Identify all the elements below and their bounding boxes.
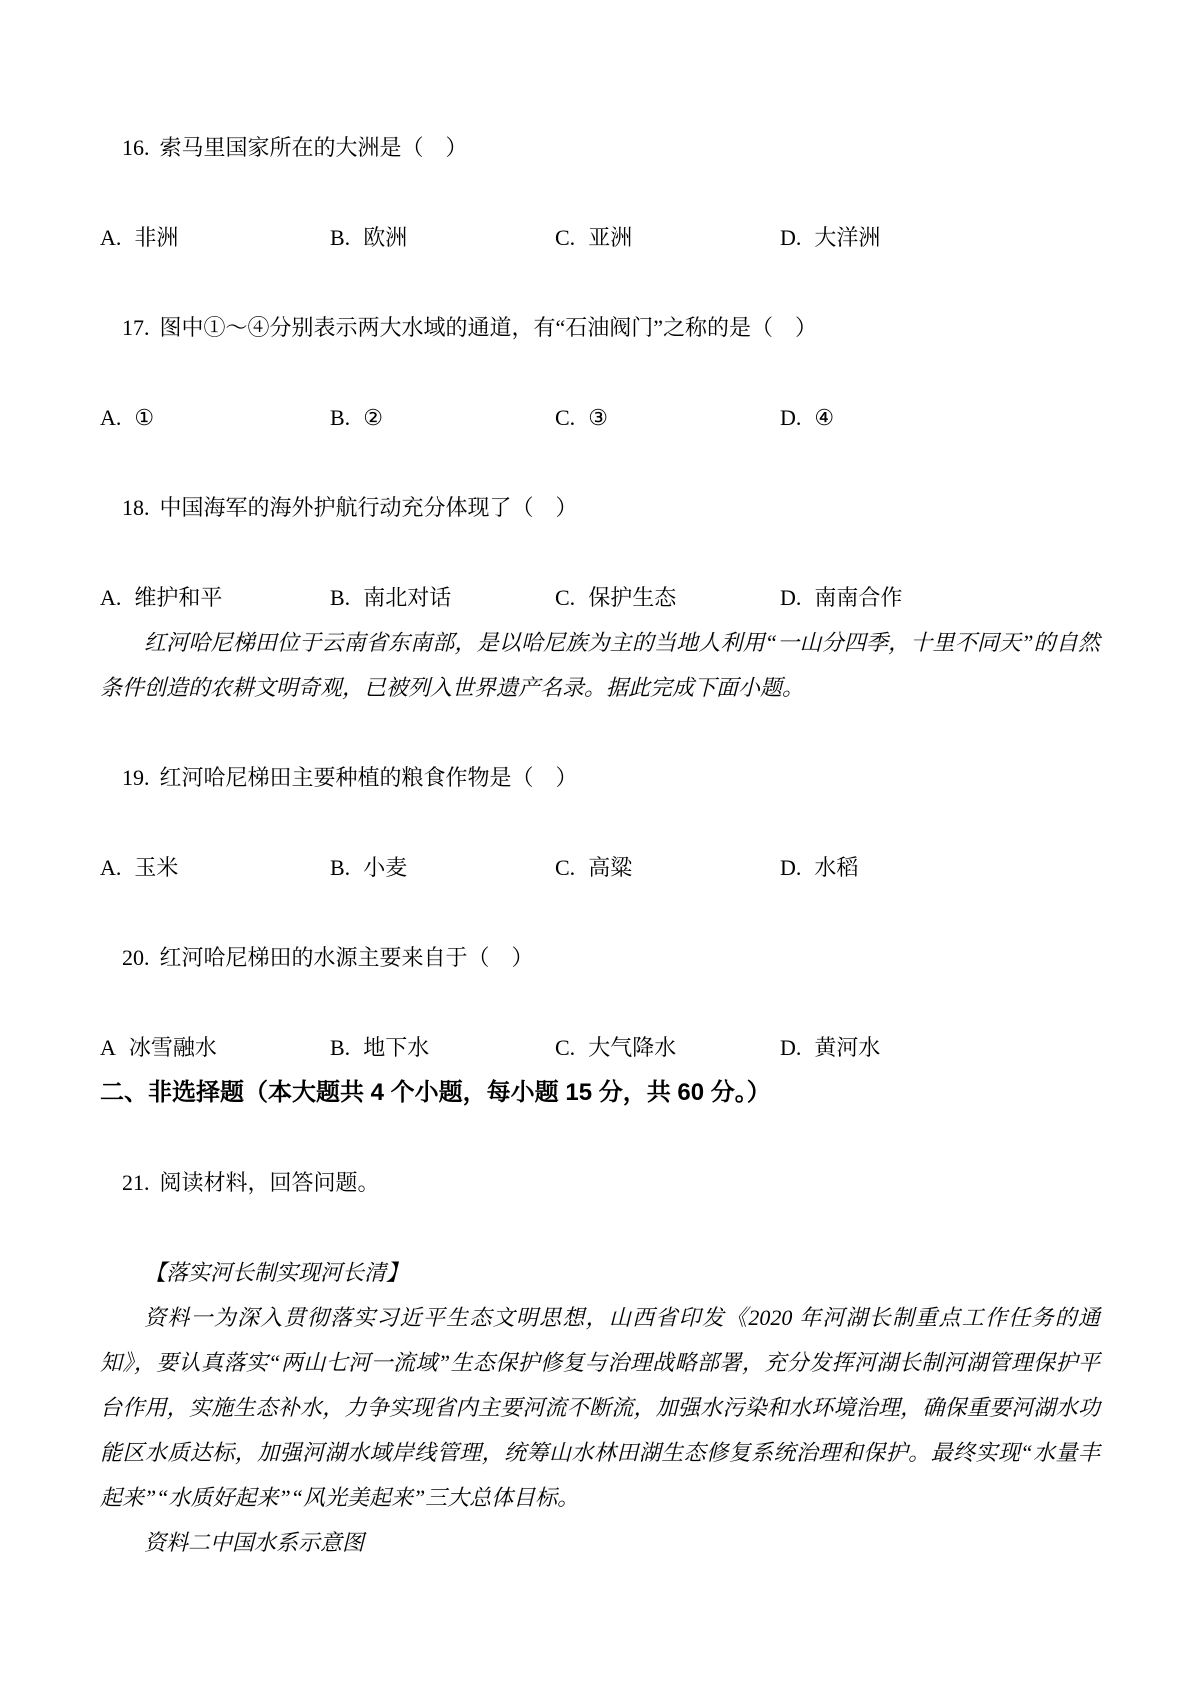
- question-19-options: A.玉米 B.小麦 C.高粱 D.水稻: [100, 845, 1100, 890]
- option-text: 冰雪融水: [129, 1035, 217, 1060]
- option-text: 黄河水: [814, 1035, 880, 1060]
- question-16-stem: 索马里国家所在的大洲是（ ）: [160, 135, 468, 160]
- exam-document-page: 16.索马里国家所在的大洲是（ ） A.非洲 B.欧洲 C.亚洲 D.大洋洲 1…: [0, 0, 1200, 1698]
- question-17-option-a: A.①: [100, 395, 330, 440]
- question-18-option-c: C.保护生态: [555, 575, 780, 620]
- option-text: 大气降水: [588, 1035, 676, 1060]
- question-18-option-d: D.南南合作: [780, 575, 1100, 620]
- question-20-options: A冰雪融水 B.地下水 C.大气降水 D.黄河水: [100, 1025, 1100, 1070]
- option-label: B.: [330, 225, 350, 250]
- question-21-intro: 阅读材料，回答问题。: [160, 1170, 380, 1195]
- reading-passage-hani-terraces: 红河哈尼梯田位于云南省东南部，是以哈尼族为主的当地人利用“一山分四季，十里不同天…: [100, 620, 1100, 710]
- question-16-option-b: B.欧洲: [330, 215, 555, 260]
- question-16-option-d: D.大洋洲: [780, 215, 1100, 260]
- question-16-options: A.非洲 B.欧洲 C.亚洲 D.大洋洲: [100, 215, 1100, 260]
- question-17-options: A.① B.② C.③ D.④: [100, 395, 1100, 440]
- option-label: D.: [780, 855, 801, 880]
- question-20-number: 20.: [122, 945, 150, 970]
- option-label: B.: [330, 585, 350, 610]
- option-label: C.: [555, 405, 575, 430]
- option-text: 玉米: [134, 855, 178, 880]
- option-label: C.: [555, 1035, 575, 1060]
- option-text: ③: [588, 405, 608, 430]
- option-text: 大洋洲: [814, 225, 880, 250]
- question-21: 21.阅读材料，回答问题。: [100, 1115, 1100, 1250]
- question-17-option-b: B.②: [330, 395, 555, 440]
- option-text: 南南合作: [814, 585, 902, 610]
- section-2-header: 二、非选择题（本大题共 4 个小题，每小题 15 分，共 60 分。）: [100, 1070, 1100, 1115]
- question-19-option-b: B.小麦: [330, 845, 555, 890]
- option-text: ②: [363, 405, 383, 430]
- question-17-stem: 图中①～④分别表示两大水域的通道，有“石油阀门”之称的是（ ）: [160, 315, 818, 340]
- question-16-option-c: C.亚洲: [555, 215, 780, 260]
- option-label: B.: [330, 405, 350, 430]
- option-label: A.: [100, 405, 121, 430]
- option-label: A.: [100, 585, 121, 610]
- question-19: 19.红河哈尼梯田主要种植的粮食作物是（ ）: [100, 710, 1100, 845]
- option-text: 非洲: [134, 225, 178, 250]
- question-19-option-c: C.高粱: [555, 845, 780, 890]
- option-label: C.: [555, 855, 575, 880]
- option-label: B.: [330, 1035, 350, 1060]
- question-16: 16.索马里国家所在的大洲是（ ）: [100, 80, 1100, 215]
- question-18-options: A.维护和平 B.南北对话 C.保护生态 D.南南合作: [100, 575, 1100, 620]
- question-20-option-d: D.黄河水: [780, 1025, 1100, 1070]
- material-one-paragraph: 资料一为深入贯彻落实习近平生态文明思想，山西省印发《2020 年河湖长制重点工作…: [100, 1295, 1100, 1520]
- question-18-number: 18.: [122, 495, 150, 520]
- question-21-number: 21.: [122, 1170, 150, 1195]
- option-text: 维护和平: [134, 585, 222, 610]
- question-18: 18.中国海军的海外护航行动充分体现了（ ）: [100, 440, 1100, 575]
- question-20-option-b: B.地下水: [330, 1025, 555, 1070]
- question-20-stem: 红河哈尼梯田的水源主要来自于（ ）: [160, 945, 534, 970]
- question-16-number: 16.: [122, 135, 150, 160]
- question-20-option-a: A冰雪融水: [100, 1025, 330, 1070]
- option-label: A.: [100, 225, 121, 250]
- question-18-stem: 中国海军的海外护航行动充分体现了（ ）: [160, 495, 578, 520]
- question-20-option-c: C.大气降水: [555, 1025, 780, 1070]
- question-17-option-d: D.④: [780, 395, 1100, 440]
- option-text: 南北对话: [363, 585, 451, 610]
- option-text: 亚洲: [588, 225, 632, 250]
- option-label: D.: [780, 225, 801, 250]
- question-19-stem: 红河哈尼梯田主要种植的粮食作物是（ ）: [160, 765, 578, 790]
- question-18-option-b: B.南北对话: [330, 575, 555, 620]
- question-17: 17.图中①～④分别表示两大水域的通道，有“石油阀门”之称的是（ ）: [100, 260, 1100, 395]
- option-label: D.: [780, 1035, 801, 1060]
- option-text: 水稻: [814, 855, 858, 880]
- material-title-bracket: 【落实河长制实现河长清】: [100, 1250, 1100, 1295]
- question-20: 20.红河哈尼梯田的水源主要来自于（ ）: [100, 890, 1100, 1025]
- option-text: ④: [814, 405, 834, 430]
- question-19-option-d: D.水稻: [780, 845, 1100, 890]
- option-label: A.: [100, 855, 121, 880]
- option-label: B.: [330, 855, 350, 880]
- question-17-option-c: C.③: [555, 395, 780, 440]
- question-16-option-a: A.非洲: [100, 215, 330, 260]
- material-two-caption: 资料二中国水系示意图: [100, 1520, 1100, 1565]
- option-label: D.: [780, 585, 801, 610]
- question-17-number: 17.: [122, 315, 150, 340]
- option-text: 小麦: [363, 855, 407, 880]
- question-19-option-a: A.玉米: [100, 845, 330, 890]
- option-label: C.: [555, 585, 575, 610]
- option-text: 高粱: [588, 855, 632, 880]
- option-label: A: [100, 1035, 116, 1060]
- question-19-number: 19.: [122, 765, 150, 790]
- option-text: 地下水: [363, 1035, 429, 1060]
- option-label: D.: [780, 405, 801, 430]
- option-label: C.: [555, 225, 575, 250]
- option-text: 保护生态: [588, 585, 676, 610]
- option-text: ①: [134, 405, 154, 430]
- question-18-option-a: A.维护和平: [100, 575, 330, 620]
- option-text: 欧洲: [363, 225, 407, 250]
